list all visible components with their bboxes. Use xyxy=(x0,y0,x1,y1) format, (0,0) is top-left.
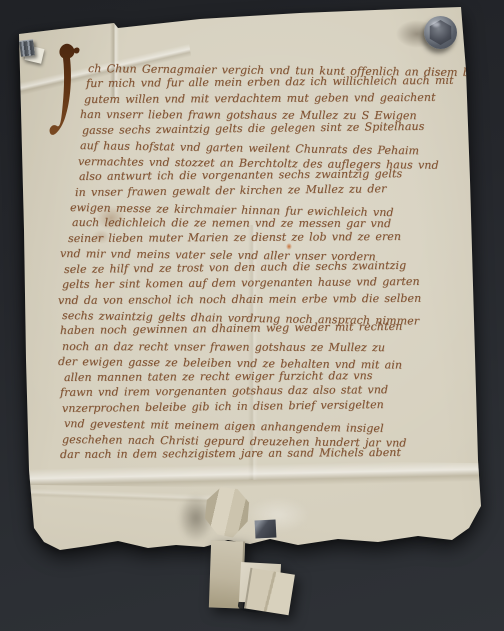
seal-tag-group xyxy=(0,0,504,631)
metal-weight-glint xyxy=(432,22,440,27)
metal-weight-top-right-icon xyxy=(424,16,457,49)
metal-clip-top-left-icon xyxy=(19,39,35,57)
photo-backdrop: ch Chun Gernagmaier vergich vnd tun kunt… xyxy=(0,0,504,631)
seal-tag-folded-piece-front xyxy=(244,568,295,616)
